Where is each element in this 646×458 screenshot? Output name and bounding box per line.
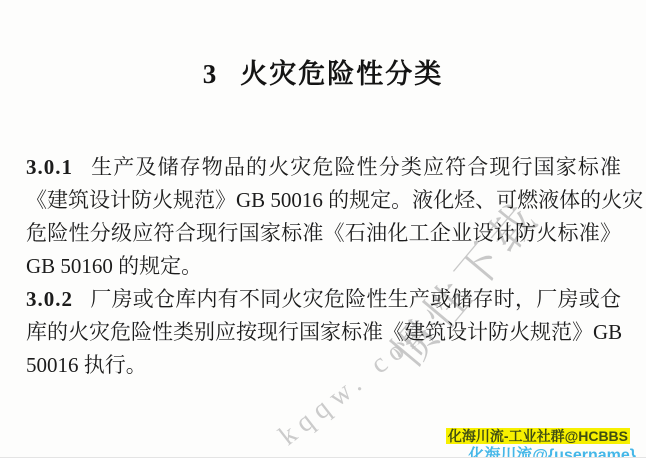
chapter-number: 3 [203,59,217,89]
community-username-watermark: 化海川流@{username} [468,442,636,458]
line-text: 生产及储存物品的火灾危险性分类应符合现行国家标准 [90,155,621,179]
paragraph-line: 危险性分级应符合现行国家标准《石油化工企业设计防火标准》 [26,217,621,250]
paragraph-line: 3.0.2厂房或仓库内有不同火灾危险性生产或储存时，厂房或仓 [26,283,621,316]
clause-number: 3.0.1 [26,155,73,179]
line-text: 厂房或仓库内有不同火灾危险性生产或储存时，厂房或仓 [90,287,621,311]
paragraph-line: GB 50160 的规定。 [26,250,621,283]
paragraph-line: 库的火灾危险性类别应按现行国家标准《建筑设计防火规范》GB [26,316,621,349]
document-page: kqqw. com 惯性下载 3火灾危险性分类 3.0.1生产及储存物品的火灾危… [0,0,646,458]
paragraph-line: 《建筑设计防火规范》GB 50016 的规定。液化烃、可燃液体的火灾 [26,184,621,217]
chapter-title: 3火灾危险性分类 [0,52,646,91]
clause-number: 3.0.2 [26,287,73,311]
body-text: 3.0.1生产及储存物品的火灾危险性分类应符合现行国家标准 《建筑设计防火规范》… [26,151,621,382]
paragraph-line: 3.0.1生产及储存物品的火灾危险性分类应符合现行国家标准 [26,151,621,184]
chapter-title-text: 火灾危险性分类 [240,59,443,89]
paragraph-line: 50016 执行。 [26,349,621,382]
community-badge: 化海川流-工业社群@HCBBS [446,428,630,444]
